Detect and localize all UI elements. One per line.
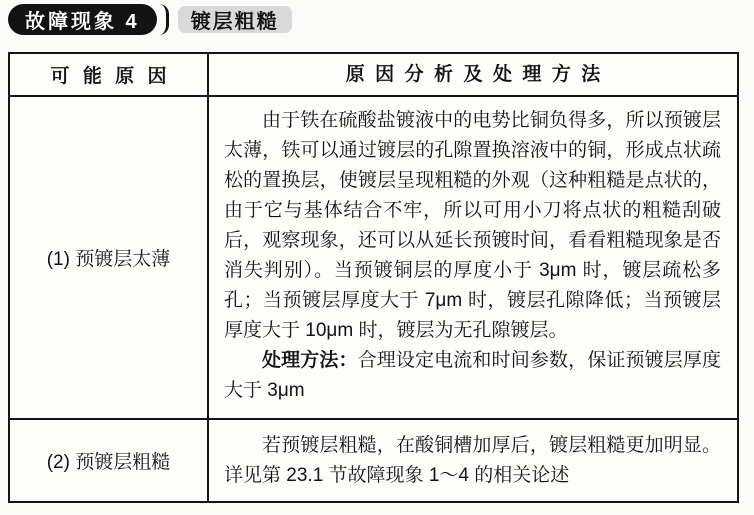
book-page: 故障现象 4 镀层粗糙 可能原因 原因分析及处理方法 (1) 预镀层太薄 由于铁… <box>0 0 754 515</box>
fault-title-badge: 镀层粗糙 <box>178 6 292 33</box>
analysis-cell: 若预镀层粗糙，在酸铜槽加厚后，镀层粗糙更加明显。详见第 23.1 节故障现象 1… <box>209 420 737 501</box>
cause-cell: (1) 预镀层太薄 <box>10 97 209 418</box>
method-paragraph: 处理方法：合理设定电流和时间参数，保证预镀层厚度大于 3μm <box>224 346 721 406</box>
fault-analysis-table: 可能原因 原因分析及处理方法 (1) 预镀层太薄 由于铁在硫酸盐镀液中的电势比铜… <box>8 52 739 503</box>
method-label: 处理方法： <box>262 350 358 371</box>
analysis-text: 由于铁在硫酸盐镀液中的电势比铜负得多，所以预镀层太薄，铁可以通过镀层的孔隙置换溶… <box>224 110 721 341</box>
column-header-analysis: 原因分析及处理方法 <box>209 54 737 95</box>
table-row: (2) 预镀层粗糙 若预镀层粗糙，在酸铜槽加厚后，镀层粗糙更加明显。详见第 23… <box>10 420 737 501</box>
table-row: (1) 预镀层太薄 由于铁在硫酸盐镀液中的电势比铜负得多，所以预镀层太薄，铁可以… <box>10 97 737 420</box>
badge-tail-decoration <box>159 4 169 35</box>
fault-title-label: 镀层粗糙 <box>191 5 279 34</box>
cause-cell: (2) 预镀层粗糙 <box>10 420 209 501</box>
analysis-paragraph: 若预镀层粗糙，在酸铜槽加厚后，镀层粗糙更加明显。详见第 23.1 节故障现象 1… <box>224 431 721 491</box>
fault-number-badge: 故障现象 4 <box>8 4 157 35</box>
analysis-cell: 由于铁在硫酸盐镀液中的电势比铜负得多，所以预镀层太薄，铁可以通过镀层的孔隙置换溶… <box>209 97 737 418</box>
column-header-cause: 可能原因 <box>10 54 209 95</box>
table-header-row: 可能原因 原因分析及处理方法 <box>10 54 737 97</box>
analysis-paragraph: 由于铁在硫酸盐镀液中的电势比铜负得多，所以预镀层太薄，铁可以通过镀层的孔隙置换溶… <box>224 106 721 346</box>
analysis-text: 若预镀层粗糙，在酸铜槽加厚后，镀层粗糙更加明显。详见第 23.1 节故障现象 1… <box>224 435 721 486</box>
section-header: 故障现象 4 镀层粗糙 <box>8 3 292 35</box>
fault-number-label: 故障现象 4 <box>25 5 140 34</box>
